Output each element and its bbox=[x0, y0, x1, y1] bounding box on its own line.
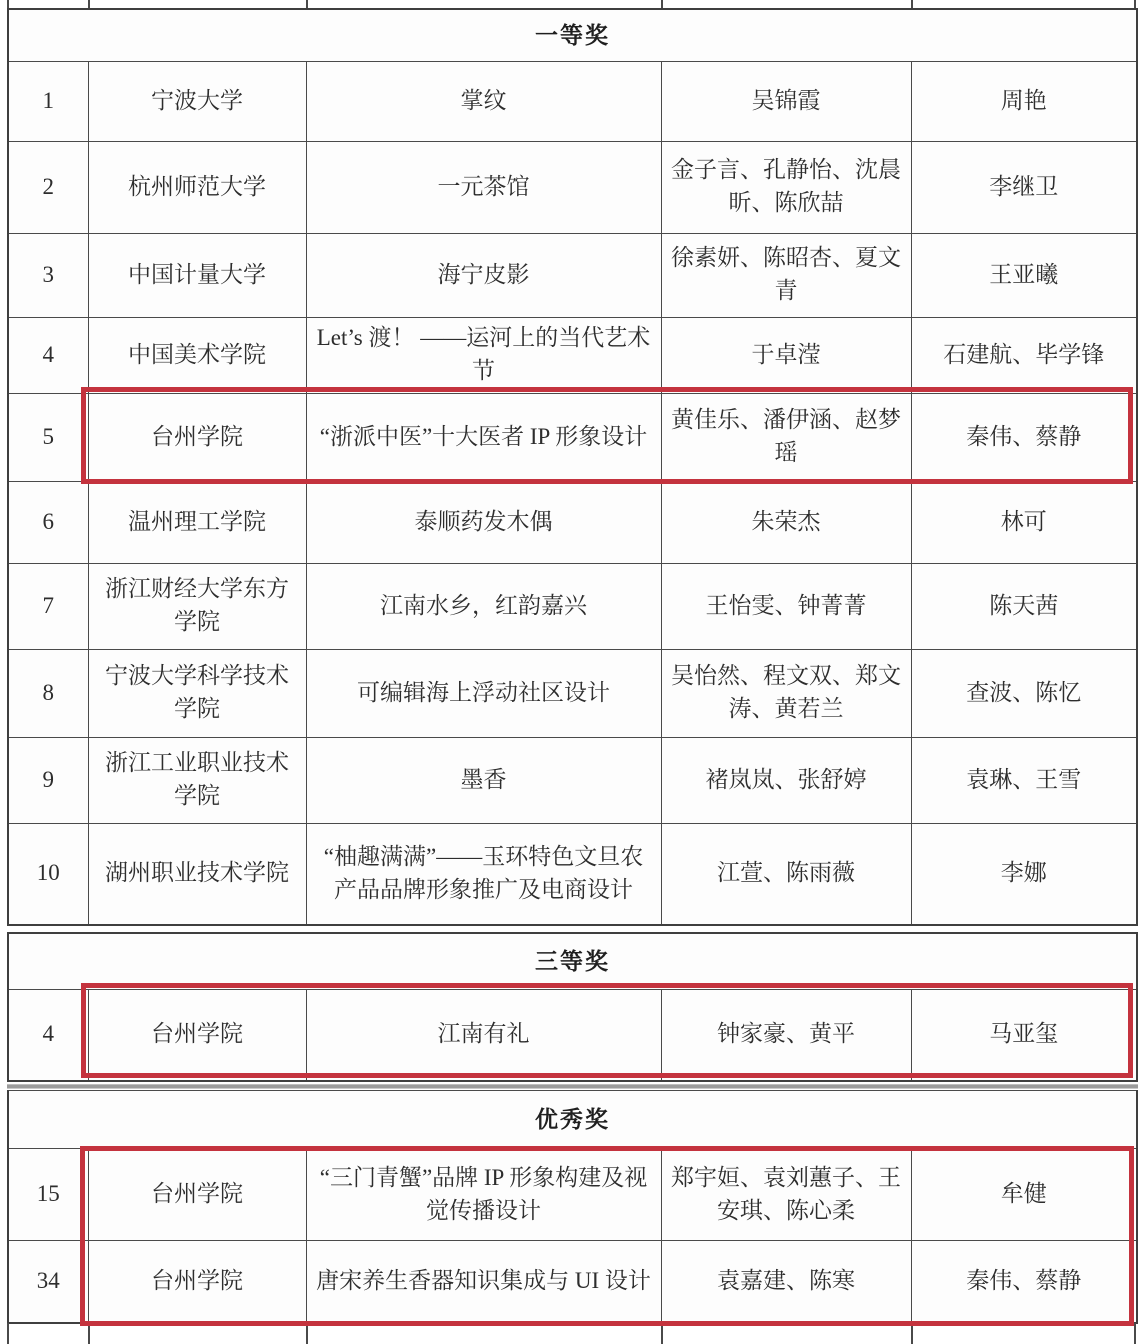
table-row-highlighted: 34 台州学院 唐宋养生香器知识集成与 UI 设计 袁嘉建、陈寒 秦伟、蔡静 bbox=[8, 1241, 1137, 1323]
row-number: 6 bbox=[8, 481, 88, 563]
section-title-third-prize: 三等奖 bbox=[8, 933, 1137, 989]
column-line-fragment bbox=[911, 1323, 913, 1344]
advisors-cell: 石建航、毕学锋 bbox=[911, 317, 1137, 393]
column-line-fragment bbox=[88, 1323, 90, 1344]
advisors-cell: 林可 bbox=[911, 481, 1137, 563]
authors-cell: 吴锦霞 bbox=[661, 61, 911, 141]
work-title-cell: 唐宋养生香器知识集成与 UI 设计 bbox=[306, 1241, 661, 1323]
authors-cell: 褚岚岚、张舒婷 bbox=[661, 737, 911, 823]
table-row: 1 宁波大学 掌纹 吴锦霞 周艳 bbox=[8, 61, 1137, 141]
school-cell: 台州学院 bbox=[88, 1149, 306, 1241]
award-list-page: { "award_table": { "highlight_color": "#… bbox=[0, 0, 1142, 1344]
work-title-cell: “柚趣满满”——玉环特色文旦农产品品牌形象推广及电商设计 bbox=[306, 823, 661, 925]
authors-cell: 金子言、孔静怡、沈晨昕、陈欣喆 bbox=[661, 141, 911, 233]
table-row-highlighted: 4 台州学院 江南有礼 钟家豪、黄平 马亚玺 bbox=[8, 989, 1137, 1081]
school-cell: 台州学院 bbox=[88, 393, 306, 481]
section-title-excellence-award: 优秀奖 bbox=[8, 1091, 1137, 1149]
table-row: 3 中国计量大学 海宁皮影 徐素妍、陈昭杏、夏文青 王亚曦 bbox=[8, 233, 1137, 317]
advisors-cell: 马亚玺 bbox=[911, 989, 1137, 1081]
section-header-row: 三等奖 bbox=[8, 933, 1137, 989]
row-number: 3 bbox=[8, 233, 88, 317]
work-title-cell: 可编辑海上浮动社区设计 bbox=[306, 649, 661, 737]
advisors-cell: 袁琳、王雪 bbox=[911, 737, 1137, 823]
authors-cell: 于卓滢 bbox=[661, 317, 911, 393]
row-number: 9 bbox=[8, 737, 88, 823]
school-cell: 台州学院 bbox=[88, 1241, 306, 1323]
third-prize-table: 三等奖 4 台州学院 江南有礼 钟家豪、黄平 马亚玺 bbox=[7, 932, 1138, 1082]
school-cell: 宁波大学科学技术学院 bbox=[88, 649, 306, 737]
advisors-cell: 周艳 bbox=[911, 61, 1137, 141]
column-line-fragment bbox=[661, 1323, 663, 1344]
table-row: 8 宁波大学科学技术学院 可编辑海上浮动社区设计 吴怡然、程文双、郑文涛、黄若兰… bbox=[8, 649, 1137, 737]
row-number: 8 bbox=[8, 649, 88, 737]
school-cell: 杭州师范大学 bbox=[88, 141, 306, 233]
table-row: 6 温州理工学院 泰顺药发木偶 朱荣杰 林可 bbox=[8, 481, 1137, 563]
work-title-cell: 墨香 bbox=[306, 737, 661, 823]
table-row-highlighted: 5 台州学院 “浙派中医”十大医者 IP 形象设计 黄佳乐、潘伊涵、赵梦瑶 秦伟… bbox=[8, 393, 1137, 481]
advisors-cell: 查波、陈忆 bbox=[911, 649, 1137, 737]
row-number: 5 bbox=[8, 393, 88, 481]
section-title-first-prize: 一等奖 bbox=[8, 9, 1137, 61]
row-number: 15 bbox=[8, 1149, 88, 1241]
authors-cell: 郑宇姮、袁刘蕙子、王安琪、陈心柔 bbox=[661, 1149, 911, 1241]
table-separator-band bbox=[7, 1084, 1138, 1089]
school-cell: 温州理工学院 bbox=[88, 481, 306, 563]
school-cell: 台州学院 bbox=[88, 989, 306, 1081]
row-number: 2 bbox=[8, 141, 88, 233]
row-number: 34 bbox=[8, 1241, 88, 1323]
school-cell: 浙江工业职业技术学院 bbox=[88, 737, 306, 823]
advisors-cell: 陈天茜 bbox=[911, 563, 1137, 649]
advisors-cell: 李娜 bbox=[911, 823, 1137, 925]
table-row: 4 中国美术学院 Let’s 渡！ ——运河上的当代艺术节 于卓滢 石建航、毕学… bbox=[8, 317, 1137, 393]
work-title-cell: “浙派中医”十大医者 IP 形象设计 bbox=[306, 393, 661, 481]
advisors-cell: 李继卫 bbox=[911, 141, 1137, 233]
work-title-cell: 海宁皮影 bbox=[306, 233, 661, 317]
table-row: 9 浙江工业职业技术学院 墨香 褚岚岚、张舒婷 袁琳、王雪 bbox=[8, 737, 1137, 823]
authors-cell: 江萱、陈雨薇 bbox=[661, 823, 911, 925]
authors-cell: 吴怡然、程文双、郑文涛、黄若兰 bbox=[661, 649, 911, 737]
authors-cell: 徐素妍、陈昭杏、夏文青 bbox=[661, 233, 911, 317]
work-title-cell: “三门青蟹”品牌 IP 形象构建及视觉传播设计 bbox=[306, 1149, 661, 1241]
row-number: 4 bbox=[8, 989, 88, 1081]
section-header-row: 一等奖 bbox=[8, 9, 1137, 61]
table-row: 2 杭州师范大学 一元茶馆 金子言、孔静怡、沈晨昕、陈欣喆 李继卫 bbox=[8, 141, 1137, 233]
authors-cell: 朱荣杰 bbox=[661, 481, 911, 563]
school-cell: 中国美术学院 bbox=[88, 317, 306, 393]
row-number: 7 bbox=[8, 563, 88, 649]
section-header-row: 优秀奖 bbox=[8, 1091, 1137, 1149]
advisors-cell: 秦伟、蔡静 bbox=[911, 1241, 1137, 1323]
authors-cell: 王怡雯、钟菁菁 bbox=[661, 563, 911, 649]
school-cell: 湖州职业技术学院 bbox=[88, 823, 306, 925]
school-cell: 中国计量大学 bbox=[88, 233, 306, 317]
work-title-cell: 一元茶馆 bbox=[306, 141, 661, 233]
school-cell: 宁波大学 bbox=[88, 61, 306, 141]
column-line-fragment bbox=[7, 1323, 9, 1344]
authors-cell: 钟家豪、黄平 bbox=[661, 989, 911, 1081]
row-number: 4 bbox=[8, 317, 88, 393]
work-title-cell: 江南水乡，红韵嘉兴 bbox=[306, 563, 661, 649]
school-cell: 浙江财经大学东方学院 bbox=[88, 563, 306, 649]
excellence-award-table: 优秀奖 15 台州学院 “三门青蟹”品牌 IP 形象构建及视觉传播设计 郑宇姮、… bbox=[7, 1090, 1138, 1324]
first-prize-table: 一等奖 1 宁波大学 掌纹 吴锦霞 周艳 2 杭州师范大学 一元茶馆 金子言、孔… bbox=[7, 8, 1138, 926]
column-line-fragment bbox=[306, 1323, 308, 1344]
work-title-cell: 江南有礼 bbox=[306, 989, 661, 1081]
column-line-fragment bbox=[1134, 1323, 1136, 1344]
work-title-cell: Let’s 渡！ ——运河上的当代艺术节 bbox=[306, 317, 661, 393]
advisors-cell: 王亚曦 bbox=[911, 233, 1137, 317]
advisors-cell: 牟健 bbox=[911, 1149, 1137, 1241]
authors-cell: 袁嘉建、陈寒 bbox=[661, 1241, 911, 1323]
advisors-cell: 秦伟、蔡静 bbox=[911, 393, 1137, 481]
table-row-highlighted: 15 台州学院 “三门青蟹”品牌 IP 形象构建及视觉传播设计 郑宇姮、袁刘蕙子… bbox=[8, 1149, 1137, 1241]
row-number: 1 bbox=[8, 61, 88, 141]
table-row: 7 浙江财经大学东方学院 江南水乡，红韵嘉兴 王怡雯、钟菁菁 陈天茜 bbox=[8, 563, 1137, 649]
work-title-cell: 掌纹 bbox=[306, 61, 661, 141]
authors-cell: 黄佳乐、潘伊涵、赵梦瑶 bbox=[661, 393, 911, 481]
table-row: 10 湖州职业技术学院 “柚趣满满”——玉环特色文旦农产品品牌形象推广及电商设计… bbox=[8, 823, 1137, 925]
work-title-cell: 泰顺药发木偶 bbox=[306, 481, 661, 563]
row-number: 10 bbox=[8, 823, 88, 925]
